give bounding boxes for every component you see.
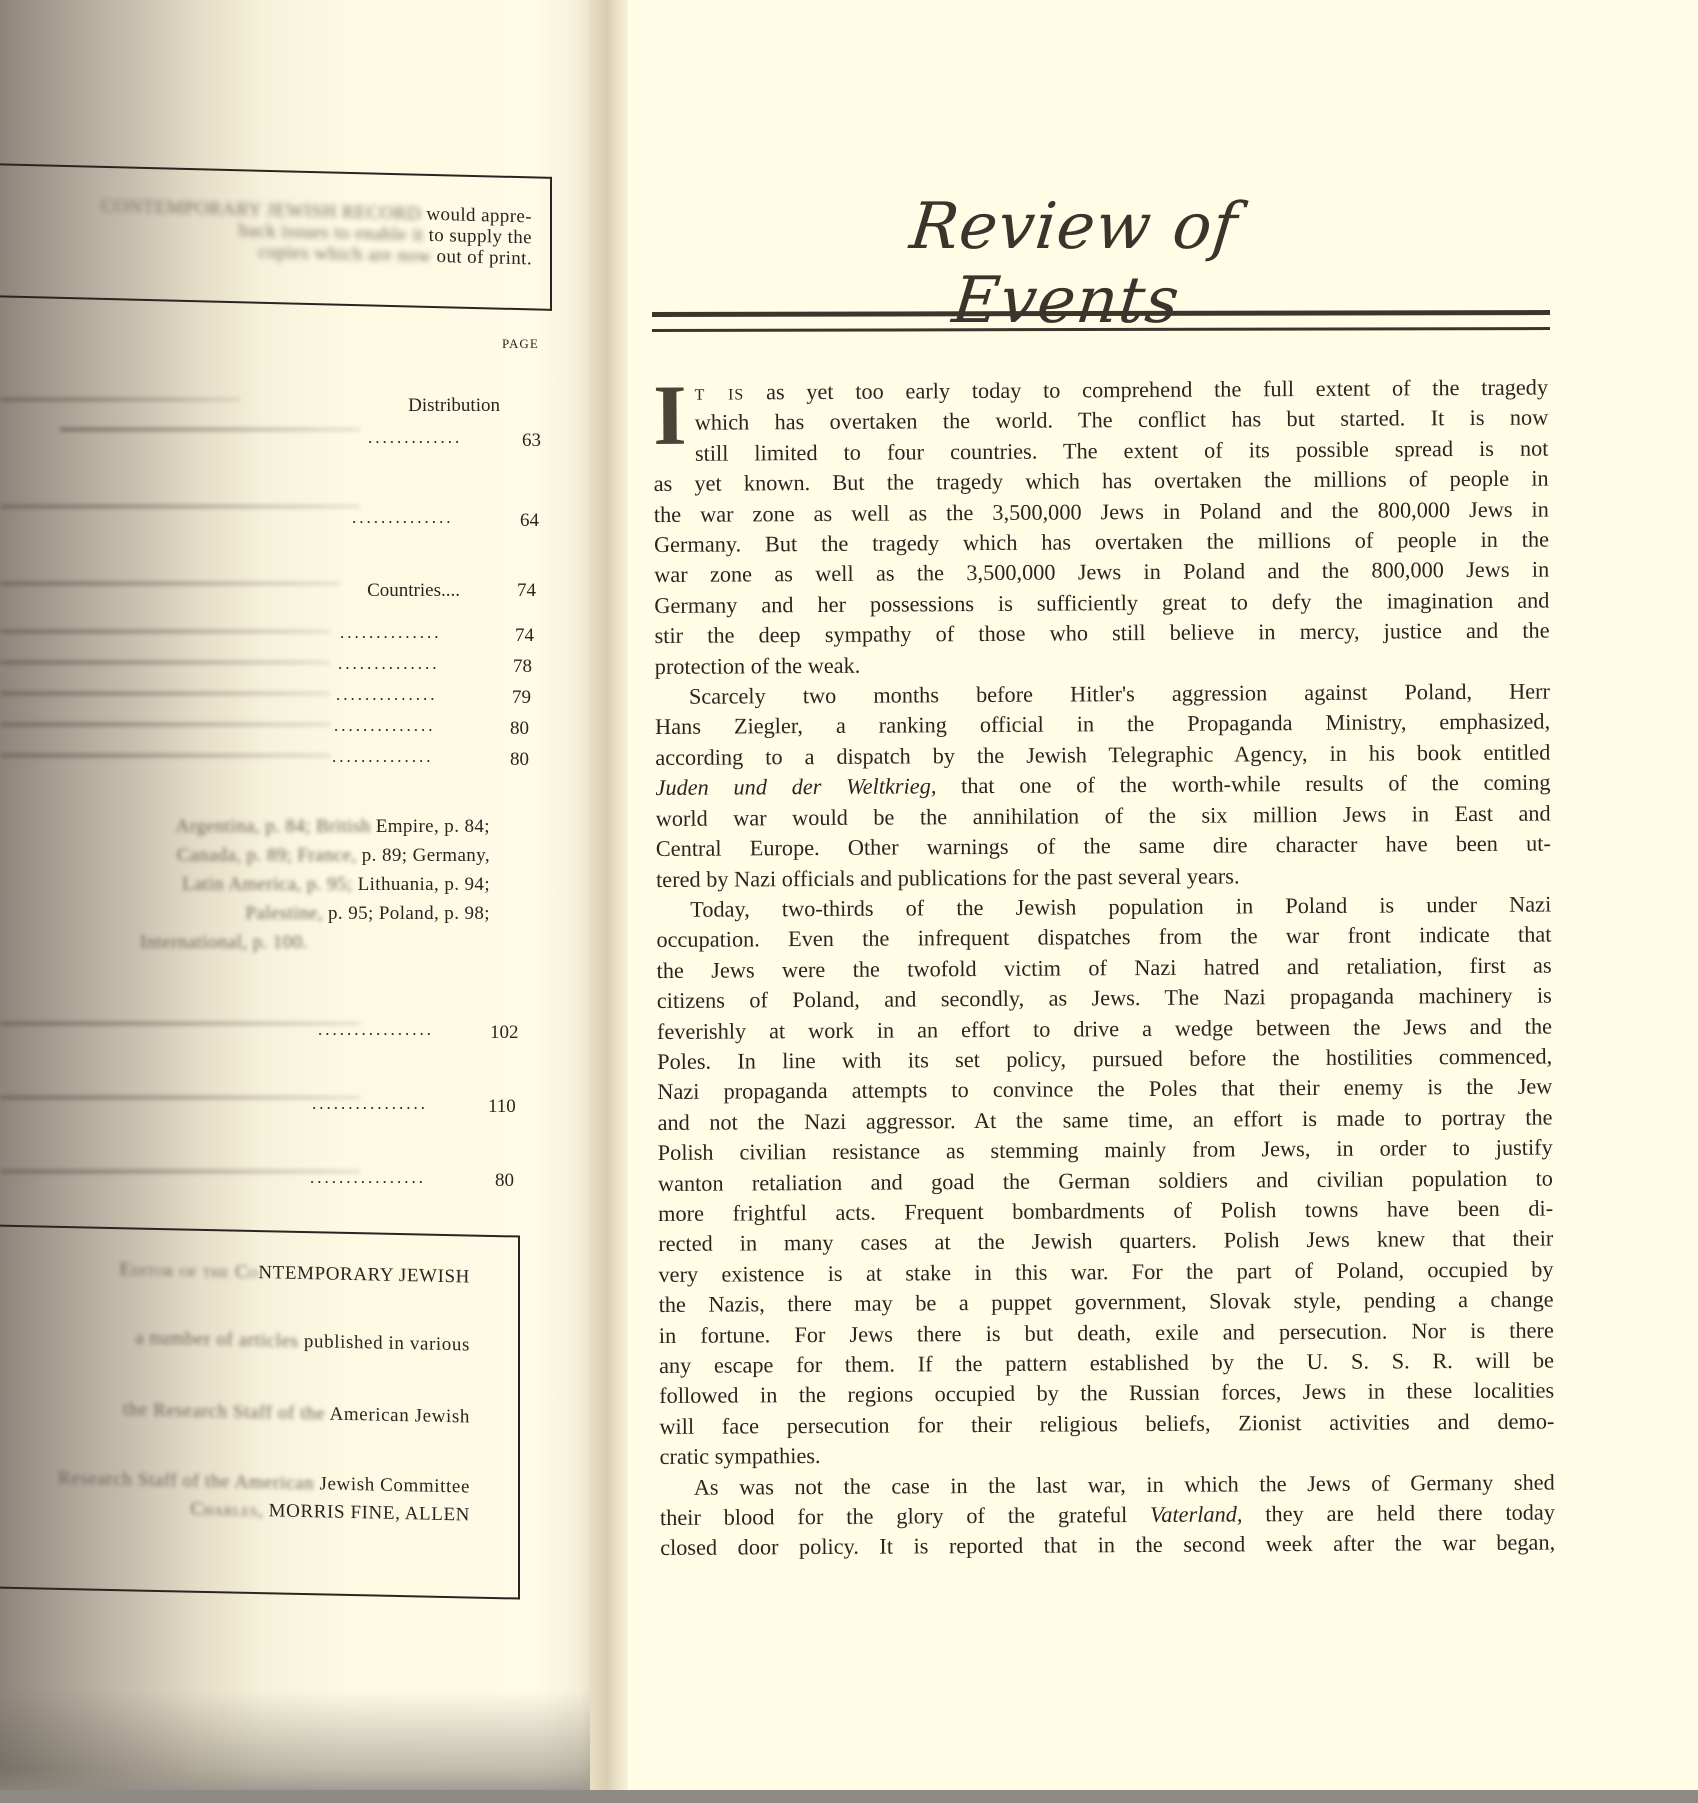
country-index: Argentina, p. 84; British Empire, p. 84;… xyxy=(20,812,490,957)
staff-line-text: American Jewish xyxy=(330,1404,470,1428)
staff-line: Editor of the CoNTEMPORARY JEWISH xyxy=(0,1257,470,1289)
book-spread: CONTEMPORARY JEWISH RECORD would appre- … xyxy=(0,0,1698,1803)
toc-leader: ............. xyxy=(368,428,462,448)
toc-page-number: 102 xyxy=(490,1022,519,1044)
staff-line: the Research Staff of the American Jewis… xyxy=(0,1397,470,1429)
notice-box: CONTEMPORARY JEWISH RECORD would appre- … xyxy=(0,163,552,311)
toc-page-number: 80 xyxy=(510,749,529,771)
country-index-line: p. 95; Poland, p. 98; xyxy=(328,903,490,924)
country-index-blurred: Palestine, xyxy=(246,903,329,924)
toc-leader: .............. xyxy=(334,716,436,736)
toc-blurred-text xyxy=(0,1170,360,1173)
toc-blurred-text xyxy=(0,692,330,695)
text-line: occupation. Even the infrequent dispatch… xyxy=(656,920,1551,956)
staff-line-blurred: the Research Staff of the xyxy=(123,1399,330,1424)
toc-page-number: 110 xyxy=(488,1096,516,1118)
toc-blurred-text xyxy=(0,1096,360,1099)
notice-line-2: to supply the xyxy=(429,225,532,249)
toc-page-number: 80 xyxy=(495,1170,514,1192)
text-line: will face persecution for their religiou… xyxy=(659,1406,1554,1442)
country-index-blurred: Argentina, p. 84; British xyxy=(176,816,376,837)
toc-leader: .............. xyxy=(332,747,434,767)
toc-page-number: 64 xyxy=(520,510,539,532)
paragraph-3: Today, two-thirds of the Jewish populati… xyxy=(656,889,1555,1472)
paragraph-4: As was not the case in the last war, in … xyxy=(660,1467,1556,1564)
staff-line-text: NTEMPORARY JEWISH xyxy=(258,1262,470,1287)
text-line: stir the deep sympathy of those who stil… xyxy=(654,616,1549,652)
notice-text: CONTEMPORARY JEWISH RECORD would appre- … xyxy=(20,194,532,270)
country-index-line: Lithuania, p. 94; xyxy=(358,874,490,895)
toc-page-number: 78 xyxy=(513,656,532,678)
notice-line-3: out of print. xyxy=(437,246,532,269)
text-line: Central Europe. Other warnings of the sa… xyxy=(656,829,1551,865)
left-page: CONTEMPORARY JEWISH RECORD would appre- … xyxy=(0,0,598,1790)
staff-line-blurred: Charles, xyxy=(191,1499,269,1522)
toc-blurred-text xyxy=(0,398,240,401)
toc-blurred-text xyxy=(60,428,360,431)
staff-line-blurred: Editor of the Co xyxy=(119,1259,258,1283)
drop-cap: I xyxy=(653,380,687,450)
paragraph-1: I t is as yet too early today to compreh… xyxy=(653,373,1550,683)
book-gutter xyxy=(590,0,632,1790)
toc-blurred-text xyxy=(0,505,360,508)
notice-line-3-blurred: copies which are now xyxy=(258,242,436,267)
toc-entry-title: Distribution xyxy=(408,395,500,417)
toc-page-number: 80 xyxy=(510,718,529,740)
staff-box: Editor of the CoNTEMPORARY JEWISH a numb… xyxy=(0,1224,520,1599)
toc-leader: .............. xyxy=(340,623,442,643)
text-line: Polish civilian resistance as stemming m… xyxy=(658,1133,1553,1169)
country-index-blurred: International, xyxy=(140,932,253,953)
country-index-blurred: Canada, p. 89; France, xyxy=(177,845,362,866)
toc-leader: .............. xyxy=(352,508,454,528)
lead-caps: t is xyxy=(694,379,744,404)
country-index-blurred: Latin America, p. 95; xyxy=(182,874,358,895)
toc-page-number: 74 xyxy=(517,580,536,602)
text-line: as yet too early today to comprehend the… xyxy=(766,375,1548,405)
staff-line-text: MORRIS FINE, ALLEN xyxy=(269,1500,470,1525)
vaterland-italic: Vaterland, xyxy=(1150,1501,1242,1527)
staff-line: a number of articles published in variou… xyxy=(0,1325,470,1357)
country-index-line: p. 89; Germany, xyxy=(362,845,490,866)
staff-line: Charles, MORRIS FINE, ALLEN xyxy=(0,1495,470,1527)
page-column-label: PAGE xyxy=(502,336,539,352)
text-line: as yet known. But the tragedy which has … xyxy=(654,464,1549,500)
staff-line-blurred: Research Staff of the American xyxy=(58,1468,319,1494)
staff-line: Research Staff of the American Jewish Co… xyxy=(0,1467,470,1499)
book-title-italic: Juden und der Weltkrieg, xyxy=(655,774,936,801)
text-line: the Nazis, there may be a puppet governm… xyxy=(659,1285,1554,1321)
staff-line-blurred: a number of articles xyxy=(135,1327,304,1352)
text-line: their blood for the glory of the gratefu… xyxy=(660,1502,1150,1530)
staff-line-text: published in various xyxy=(304,1331,470,1355)
toc-leader: .............. xyxy=(338,654,440,674)
article-body: I t is as yet too early today to compreh… xyxy=(653,373,1555,1564)
toc-entry-title: Countries.... xyxy=(367,580,460,602)
toc-blurred-text xyxy=(0,754,330,757)
toc-leader: ................ xyxy=(310,1168,426,1188)
toc-blurred-text xyxy=(0,1022,360,1025)
toc-page-number: 63 xyxy=(522,430,541,452)
notice-line-1: would appre- xyxy=(426,204,532,228)
text-line: they are held there today xyxy=(1242,1500,1555,1527)
paragraph-2: Scarcely two months before Hitler's aggr… xyxy=(655,677,1551,895)
toc-page-number: 79 xyxy=(512,687,531,709)
text-line: citizens of Poland, and secondly, as Jew… xyxy=(657,981,1552,1017)
country-index-line: p. 100. xyxy=(253,932,308,953)
text-line: closed door policy. It is reported that … xyxy=(660,1528,1555,1564)
toc-blurred-text xyxy=(0,723,330,726)
scanner-bed xyxy=(0,1790,1698,1803)
toc-blurred-text xyxy=(0,661,330,664)
toc-blurred-text xyxy=(0,582,340,585)
toc-leader: .............. xyxy=(336,685,438,705)
staff-line-text: Jewish Committee xyxy=(319,1473,470,1497)
toc-leader: ................ xyxy=(312,1094,428,1114)
toc-page-number: 74 xyxy=(515,625,534,647)
toc-leader: ................ xyxy=(318,1020,434,1040)
toc-blurred-text xyxy=(0,630,330,633)
country-index-line: Empire, p. 84; xyxy=(376,816,490,837)
text-line: that one of the worth-while results of t… xyxy=(936,770,1550,799)
